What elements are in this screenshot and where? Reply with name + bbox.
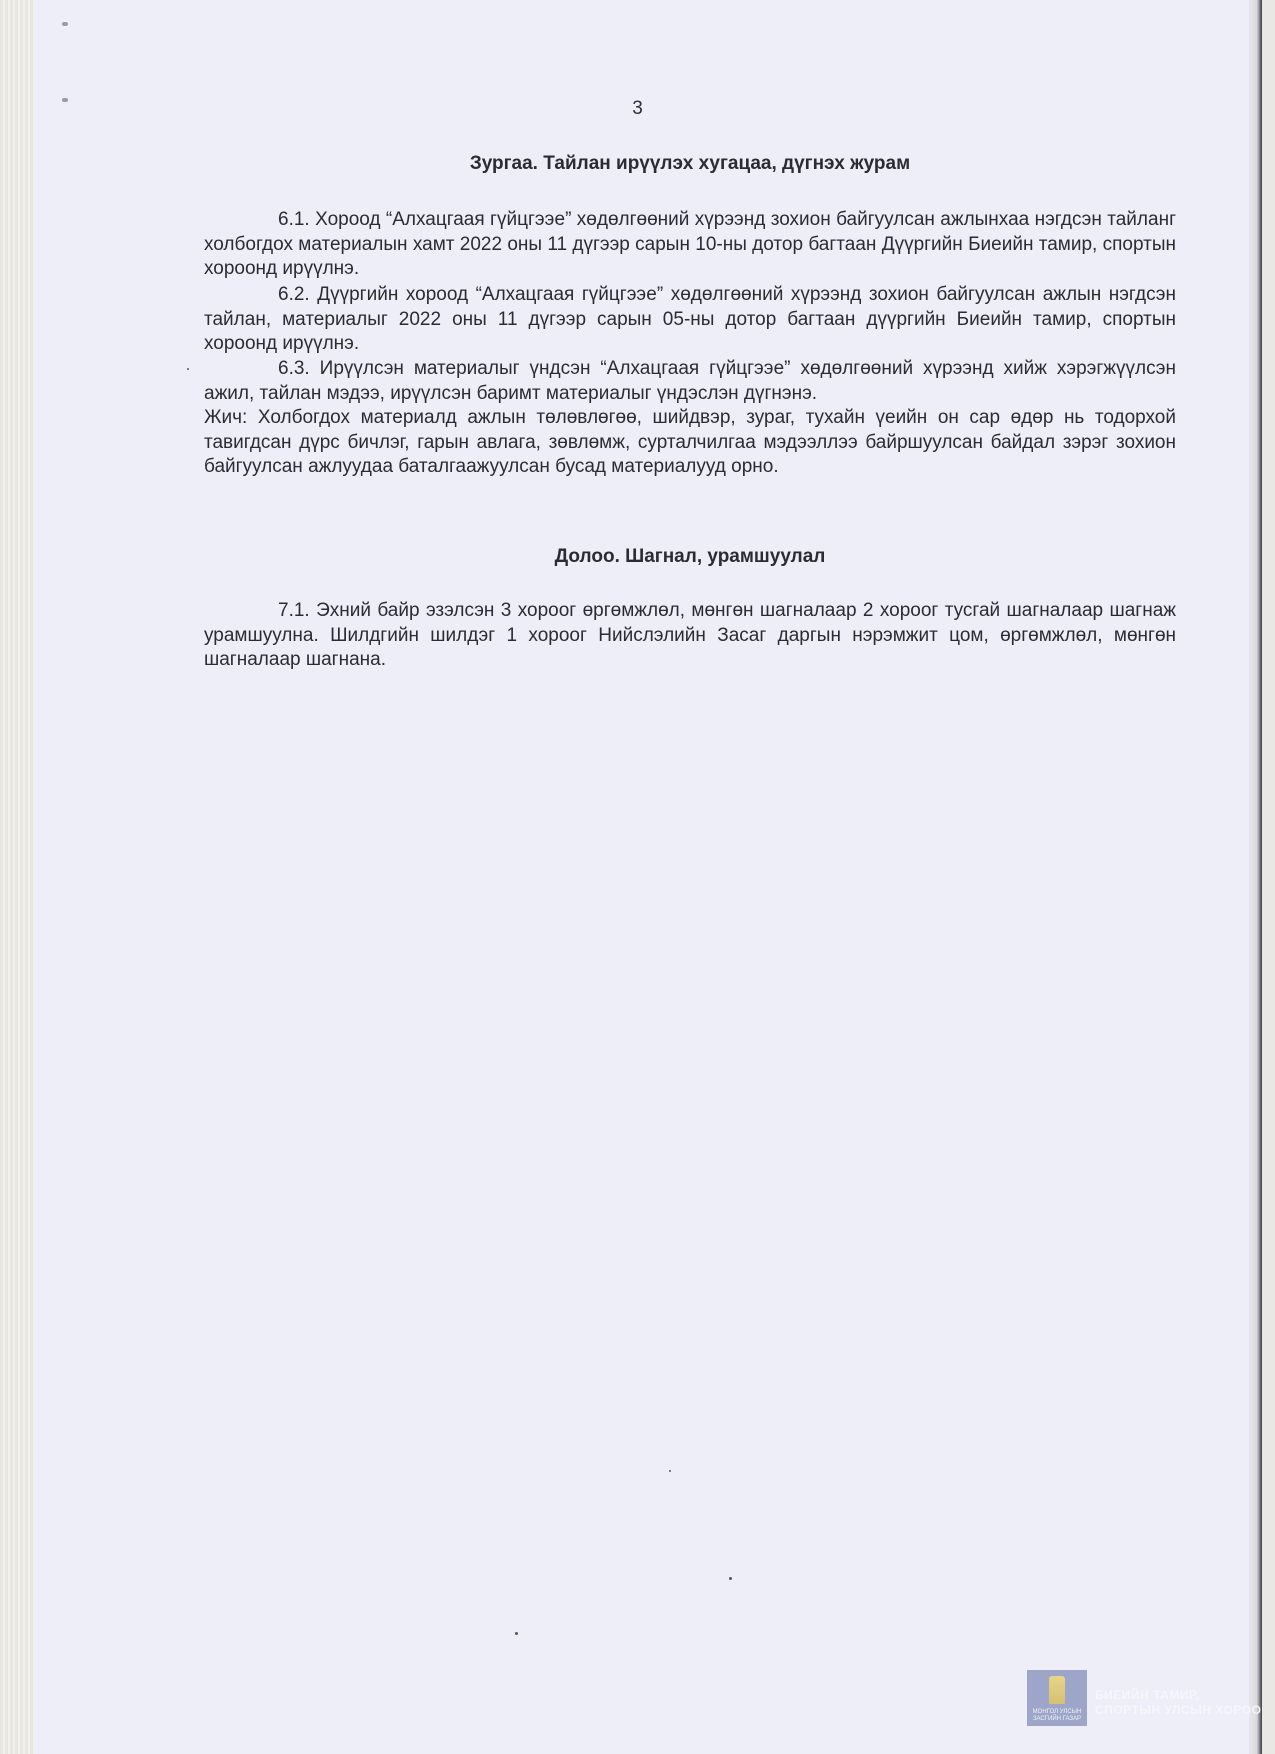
page-number: 3 bbox=[0, 98, 1275, 120]
scan-speck bbox=[669, 1470, 671, 1472]
paragraph-number: 6.1. bbox=[204, 209, 310, 230]
government-stamp: МОНГОЛ УЛСЫН ЗАСГИЙН ГАЗАР bbox=[1027, 1670, 1087, 1726]
scan-speck bbox=[729, 1577, 732, 1580]
paragraph-6-3: 6.3. Ирүүлсэн материалыг үндсэн “Алхацга… bbox=[204, 357, 1176, 406]
paragraph-number: 7.1. bbox=[204, 600, 310, 621]
stamp-organization-text: БИЕИЙН ТАМИР, СПОРТЫН УЛСЫН ХОРОО bbox=[1095, 1688, 1265, 1718]
paragraph-number: 6.2. bbox=[204, 284, 310, 305]
note-paragraph: Жич: Холбогдох материалд ажлын төлөвлөгө… bbox=[204, 406, 1176, 480]
paragraph-text: Ирүүлсэн материалыг үндсэн “Алхацгаая гү… bbox=[204, 358, 1176, 404]
paragraph-6-2: 6.2. Дүүргийн хороод “Алхацгаая гүйцгээе… bbox=[204, 283, 1176, 357]
page-edge-shadow bbox=[1249, 0, 1262, 1754]
paragraph-text: Дүүргийн хороод “Алхацгаая гүйцгээе” хөд… bbox=[204, 284, 1176, 354]
paragraph-7-1: 7.1. Эхний байр эзэлсэн 3 хороог өргөмжл… bbox=[204, 599, 1176, 673]
paragraph-number: 6.3. bbox=[204, 358, 310, 379]
scanner-binding-strip bbox=[0, 0, 34, 1754]
section-7-heading: Долоо. Шагнал, урамшуулал bbox=[204, 545, 1176, 570]
section-6-heading: Зургаа. Тайлан ирүүлэх хугацаа, дүгнэх ж… bbox=[204, 152, 1176, 177]
punch-mark bbox=[62, 22, 68, 26]
paragraph-text: Эхний байр эзэлсэн 3 хороог өргөмжлөл, м… bbox=[204, 600, 1176, 670]
scan-speck bbox=[187, 368, 189, 370]
paragraph-6-1: 6.1. Хороод “Алхацгаая гүйцгээе” хөдөлгө… bbox=[204, 208, 1176, 282]
soyombo-emblem-icon bbox=[1049, 1676, 1065, 1704]
paragraph-text: Хороод “Алхацгаая гүйцгээе” хөдөлгөөний … bbox=[204, 209, 1176, 279]
scan-speck bbox=[515, 1632, 518, 1635]
stamp-caption: МОНГОЛ УЛСЫН ЗАСГИЙН ГАЗАР bbox=[1027, 1709, 1087, 1723]
